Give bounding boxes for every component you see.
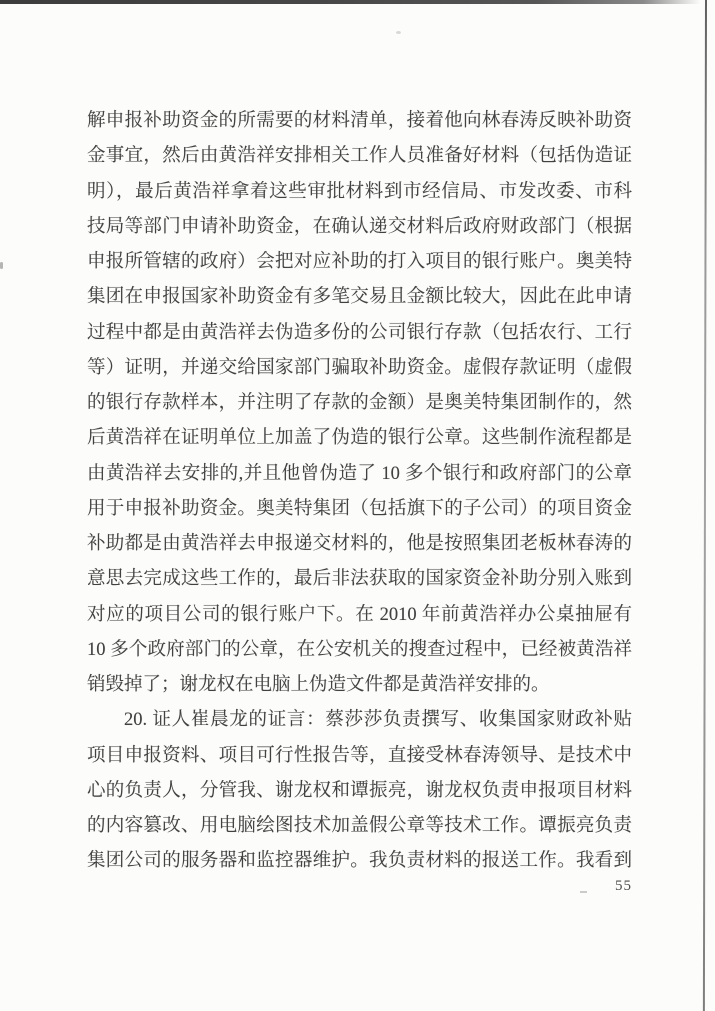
text-line: 用于申报补助资金。奥美特集团（包括旗下的子公司）的项目资金 [87, 492, 632, 527]
scan-right-edge-line [703, 0, 707, 1011]
text-line: 20. 证人崔晨龙的证言：蔡莎莎负责撰写、收集国家财政补贴 [87, 703, 632, 738]
scan-speck [0, 262, 3, 269]
text-line: 由黄浩祥去安排的,并且他曾伪造了 10 多个银行和政府部门的公章 [87, 457, 632, 492]
text-line: 项目申报资料、项目可行性报告等，直接受林春涛领导、是技术中 [87, 739, 632, 774]
scan-top-edge-artifact [0, 0, 715, 4]
text-line: 对应的项目公司的银行账户下。在 2010 年前黄浩祥办公桌抽屉有 [87, 598, 632, 633]
document-body: 解申报补助资金的所需要的材料清单，接着他向林春涛反映补助资金事宜，然后由黄浩祥安… [87, 104, 632, 880]
text-line: 技局等部门申请补助资金，在确认递交材料后政府财政部门（根据 [87, 210, 632, 245]
text-line: 金事宜，然后由黄浩祥安排相关工作人员准备好材料（包括伪造证 [87, 139, 632, 174]
scan-speck [396, 31, 401, 34]
text-line: 过程中都是由黄浩祥去伪造多份的公司银行存款（包括农行、工行 [87, 316, 632, 351]
text-line: 心的负责人，分管我、谢龙权和谭振亮，谢龙权负责申报项目材料 [87, 774, 632, 809]
text-line: 意思去完成这些工作的，最后非法获取的国家资金补助分别入账到 [87, 562, 632, 597]
text-line: 解申报补助资金的所需要的材料清单，接着他向林春涛反映补助资 [87, 104, 632, 139]
text-line: 补助都是由黄浩祥去申报递交材料的，他是按照集团老板林春涛的 [87, 527, 632, 562]
scanned-page: 解申报补助资金的所需要的材料清单，接着他向林春涛反映补助资金事宜，然后由黄浩祥安… [0, 0, 715, 1011]
text-line: 销毁掉了；谢龙权在电脑上伪造文件都是黄浩祥安排的。 [87, 668, 632, 703]
page-number: 55 [87, 878, 632, 895]
text-line: 10 多个政府部门的公章，在公安机关的搜查过程中，已经被黄浩祥 [87, 633, 632, 668]
text-line: 申报所管辖的政府）会把对应补助的打入项目的银行账户。奥美特 [87, 245, 632, 280]
text-line: 后黄浩祥在证明单位上加盖了伪造的银行公章。这些制作流程都是 [87, 421, 632, 456]
text-line: 集团在申报国家补助资金有多笔交易且金额比较大，因此在此申请 [87, 280, 632, 315]
text-line: 明），最后黄浩祥拿着这些审批材料到市经信局、市发改委、市科 [87, 175, 632, 210]
text-line: 集团公司的服务器和监控器维护。我负责材料的报送工作。我看到 [87, 844, 632, 879]
text-line: 的内容篡改、用电脑绘图技术加盖假公章等技术工作。谭振亮负责 [87, 809, 632, 844]
text-line: 等）证明，并递交给国家部门骗取补助资金。虚假存款证明（虚假 [87, 351, 632, 386]
text-line: 的银行存款样本，并注明了存款的金额）是奥美特集团制作的，然 [87, 386, 632, 421]
